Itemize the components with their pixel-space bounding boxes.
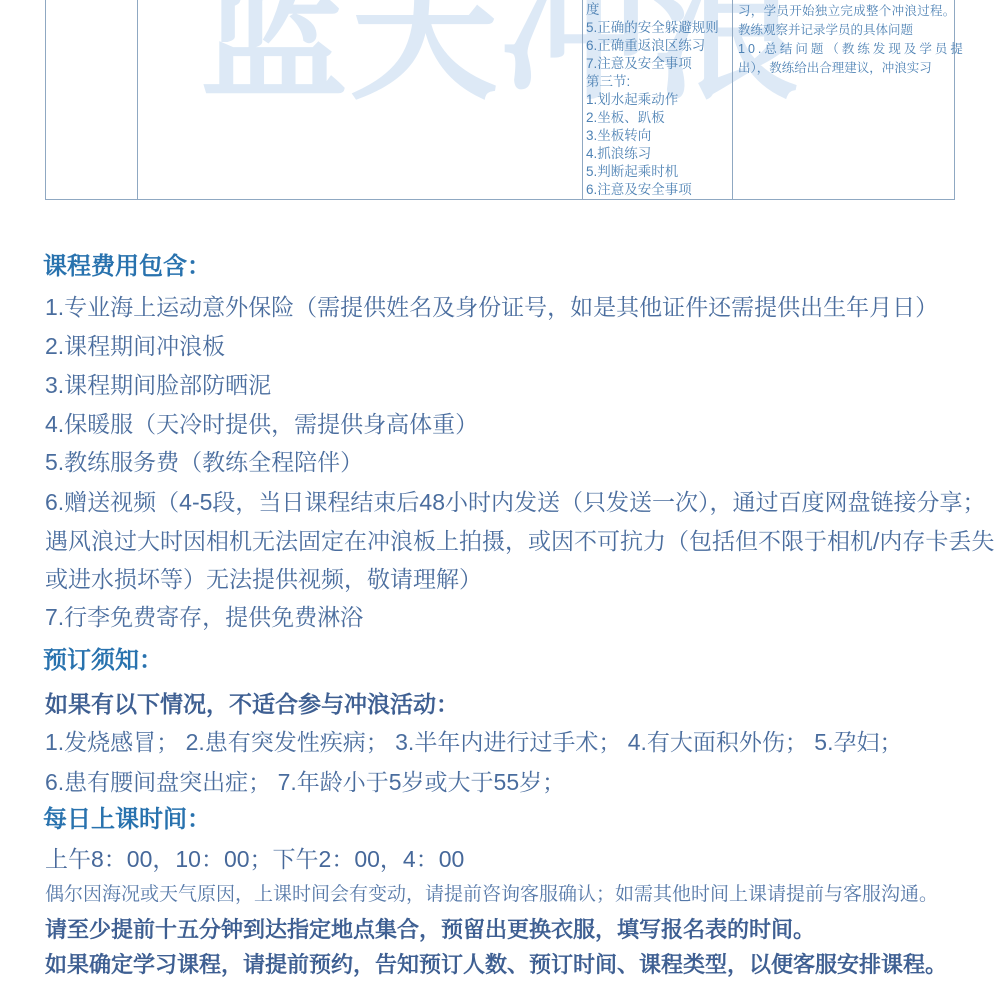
fee-item-continued: 或进水损坏等）无法提供视频，敬请理解） <box>45 564 482 594</box>
table-cell-line: 教练观察并记录学员的具体问题 <box>738 21 953 40</box>
table-cell-line: 度 <box>586 1 730 19</box>
table-cell-line: 3.坐板转向 <box>586 127 730 145</box>
fee-item: 1.专业海上运动意外保险（需提供姓名及身份证号，如是其他证件还需提供出生年月日） <box>45 292 938 322</box>
table-cell-line: 6.注意及安全事项 <box>586 181 730 199</box>
table-column-lesson-steps: 度 5.正确的安全躲避规则 6.正确重返浪区练习 7.注意及安全事项 第三节: … <box>586 1 730 199</box>
table-cell-line: 5.正确的安全躲避规则 <box>586 19 730 37</box>
fee-item: 5.教练服务费（教练全程陪伴） <box>45 447 363 477</box>
course-detail-document: 蓝天冲浪 度 5.正确的安全躲避规则 6.正确重返浪区练习 7.注意及安全事项 … <box>0 0 1000 1000</box>
table-cell-line: 出），教练给出合理建议，冲浪实习 <box>738 59 953 78</box>
table-cell-line: 第三节: <box>586 73 730 91</box>
table-column-divider <box>582 0 583 199</box>
table-column-divider <box>732 0 733 199</box>
fee-item: 3.课程期间脸部防晒泥 <box>45 370 271 400</box>
course-schedule-table: 度 5.正确的安全躲避规则 6.正确重返浪区练习 7.注意及安全事项 第三节: … <box>45 0 955 200</box>
schedule-change-note: 偶尔因海况或天气原因，上课时间会有变动，请提前咨询客服确认；如需其他时间上课请提… <box>45 882 938 908</box>
health-condition-line: 6.患有腰间盘突出症； 7.年龄小于5岁或大于55岁； <box>45 767 565 797</box>
fees-section-heading: 课程费用包含： <box>43 252 211 282</box>
table-cell-line: 1.划水起乘动作 <box>586 91 730 109</box>
booking-section-heading: 预订须知： <box>43 646 163 676</box>
fee-item: 6.赠送视频（4-5段，当日课程结束后48小时内发送（只发送一次），通过百度网盘… <box>45 487 986 517</box>
table-cell-line: 2.坐板、趴板 <box>586 109 730 127</box>
arrival-notice: 请至少提前十五分钟到达指定地点集合，预留出更换衣服，填写报名表的时间。 <box>45 915 815 945</box>
table-cell-line: 习，学员开始独立完成整个冲浪过程。 <box>738 2 953 21</box>
table-cell-line: 10.总结问题（教练发现及学员提 <box>738 40 953 59</box>
table-cell-line: 4.抓浪练习 <box>586 145 730 163</box>
health-condition-line: 1.发烧感冒； 2.患有突发性疾病； 3.半年内进行过手术； 4.有大面积外伤；… <box>45 727 902 757</box>
fee-item-continued: 遇风浪过大时因相机无法固定在冲浪板上拍摄，或因不可抗力（包括但不限于相机/内存卡… <box>45 526 994 556</box>
table-column-coach-summary: 习，学员开始独立完成整个冲浪过程。 教练观察并记录学员的具体问题 10.总结问题… <box>738 2 953 78</box>
schedule-section-heading: 每日上课时间： <box>43 805 211 835</box>
class-times: 上午8：00，10：00；下午2：00，4：00 <box>45 844 464 874</box>
table-cell-line: 6.正确重返浪区练习 <box>586 37 730 55</box>
table-column-divider <box>137 0 138 199</box>
fee-item: 7.行李免费寄存，提供免费淋浴 <box>45 602 363 632</box>
fee-item: 4.保暖服（天冷时提供，需提供身高体重） <box>45 409 478 439</box>
reservation-notice: 如果确定学习课程，请提前预约，告知预订人数、预订时间、课程类型，以便客服安排课程… <box>45 950 947 980</box>
booking-subheading: 如果有以下情况，不适合参与冲浪活动： <box>45 689 459 719</box>
table-cell-line: 7.注意及安全事项 <box>586 55 730 73</box>
fee-item: 2.课程期间冲浪板 <box>45 331 225 361</box>
table-cell-line: 5.判断起乘时机 <box>586 163 730 181</box>
